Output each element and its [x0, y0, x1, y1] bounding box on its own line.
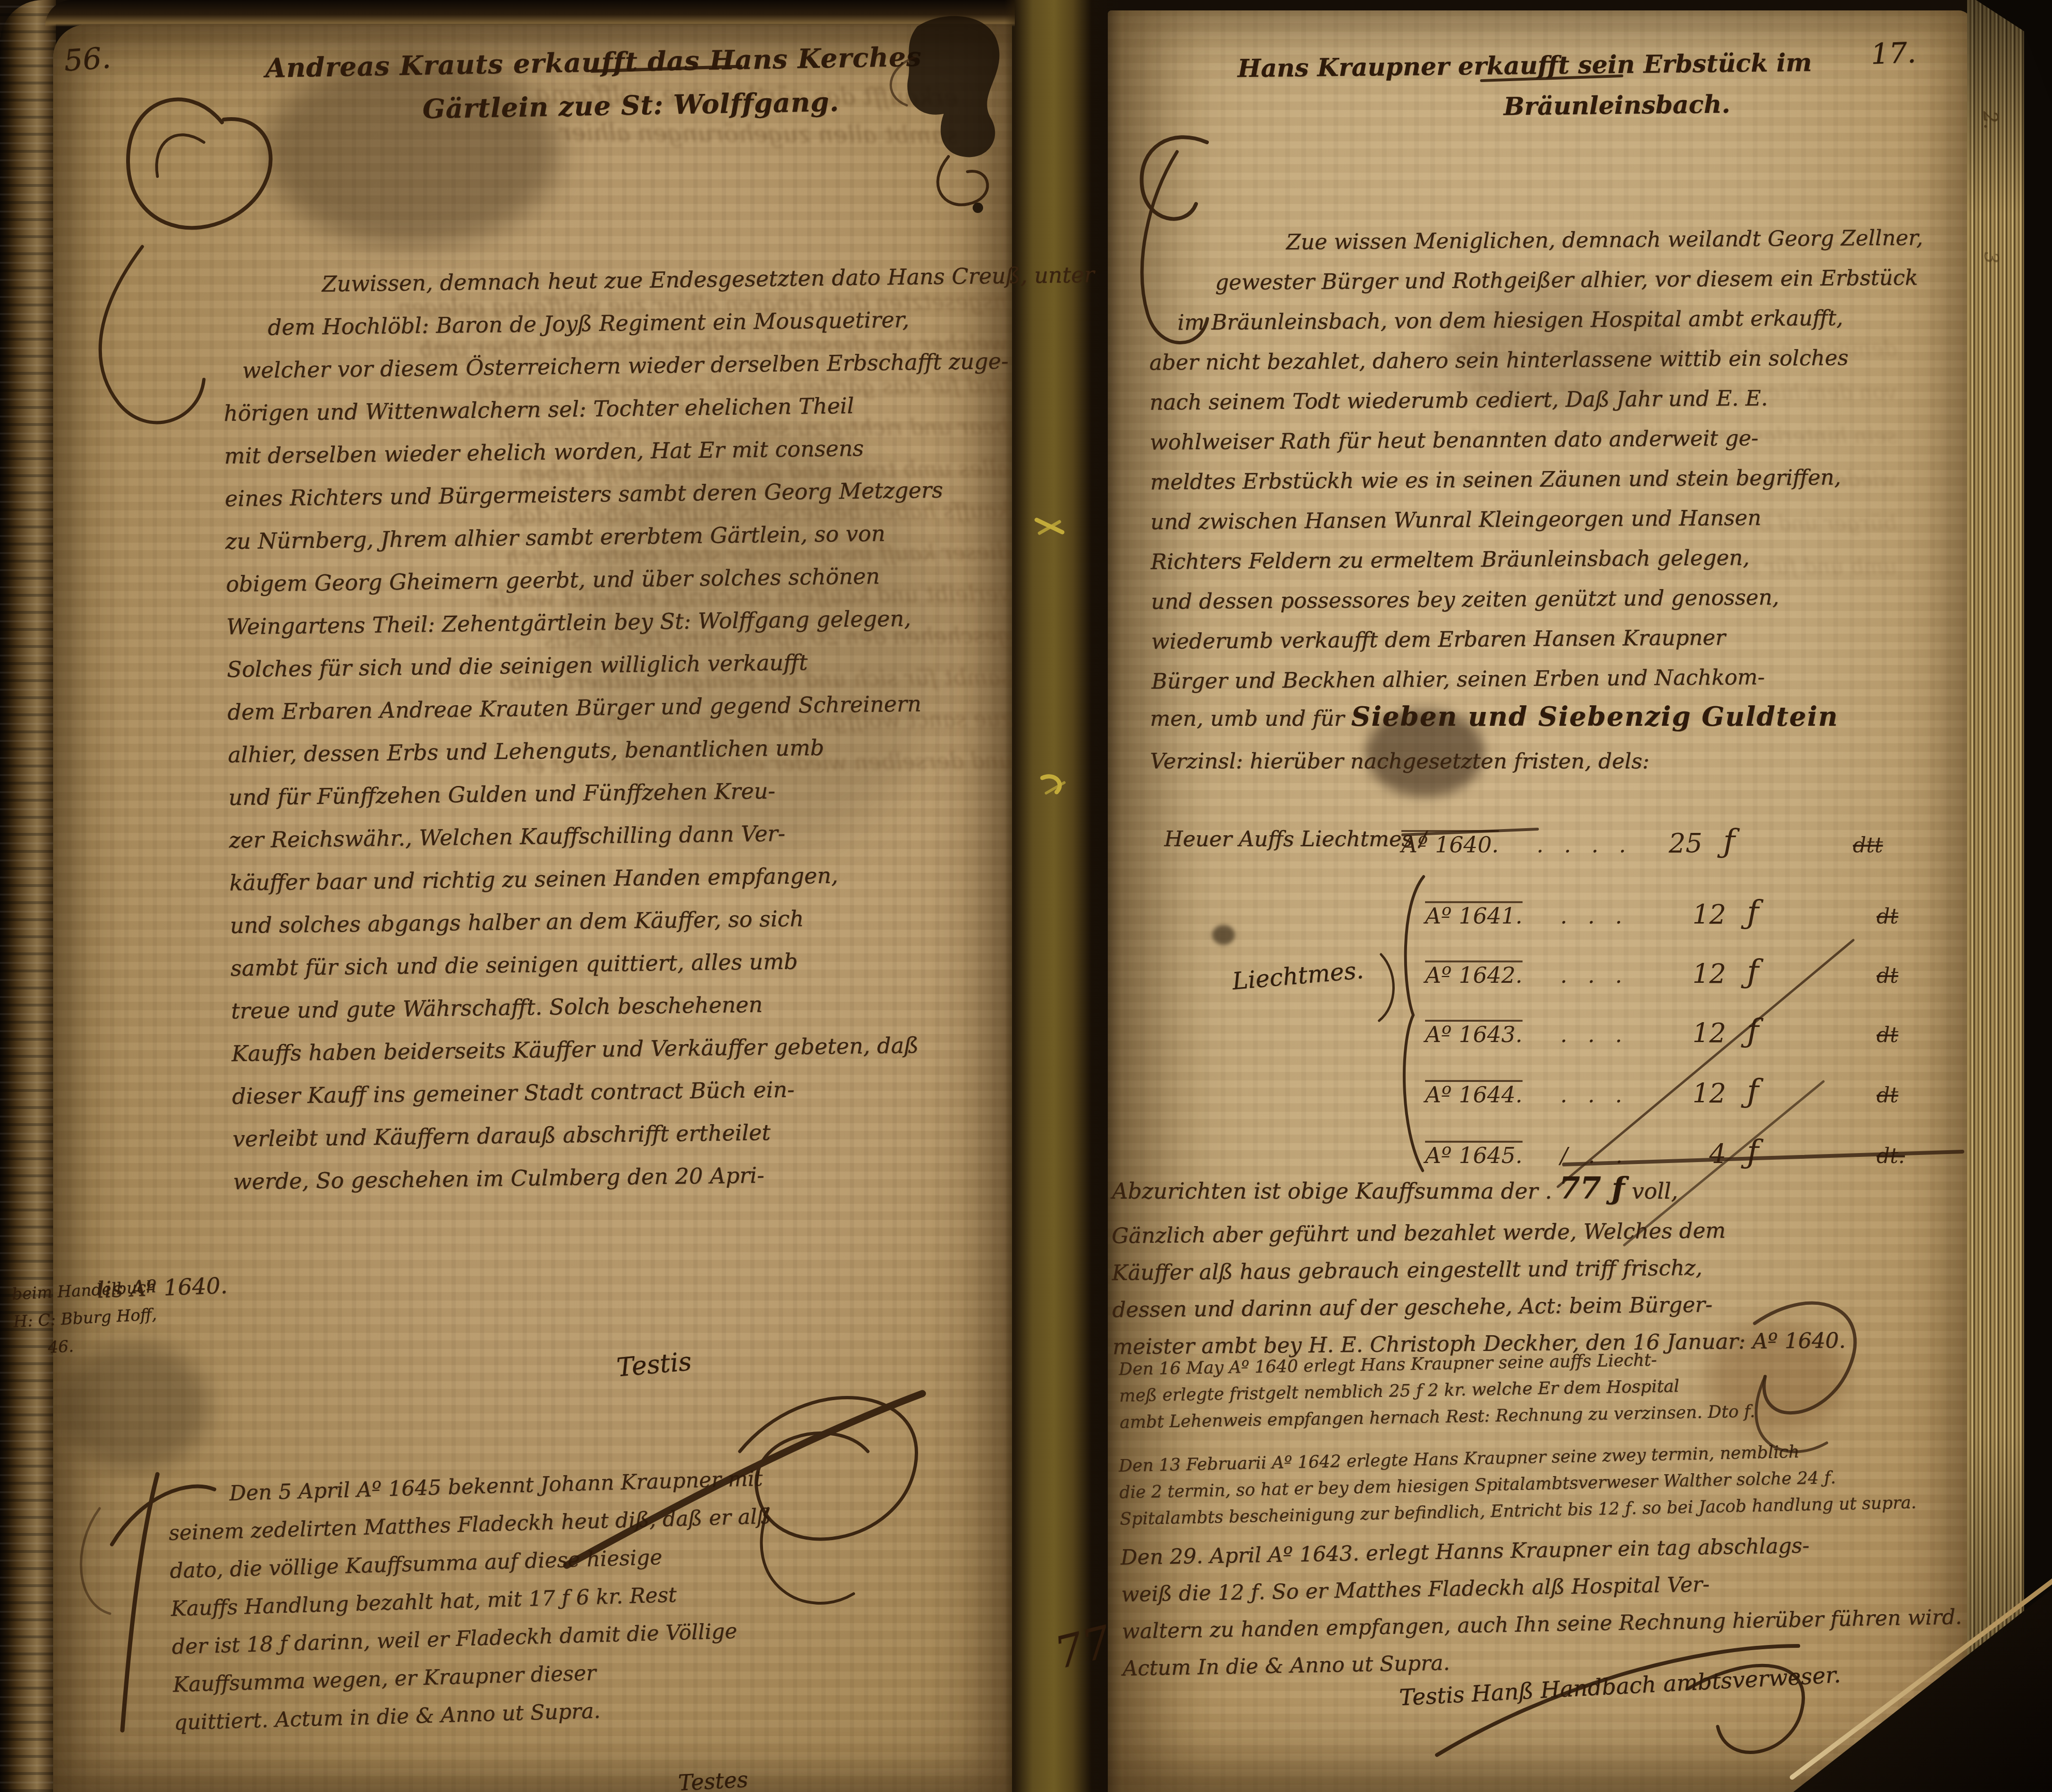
total-amount: 77 ƒ — [1559, 1171, 1625, 1206]
text-line: Richters Feldern zu ermeltem Bräunleinsb… — [1150, 536, 1925, 582]
schedule-yr: Aº 1643. — [1425, 1022, 1560, 1048]
schedule-amt: 12 — [1674, 959, 1726, 989]
schedule-yr: Aº 1645. — [1425, 1143, 1560, 1169]
page-number-right: 17. — [1870, 36, 1917, 71]
text-line: wiederumb verkaufft dem Erbaren Hansen K… — [1151, 616, 1926, 661]
book-spread: erkaufft das gärtlein zue wolffgang samb… — [0, 0, 2052, 1792]
text-line: und dessen possessores bey zeiten genütz… — [1151, 576, 1926, 621]
binding-page-edges-left — [0, 0, 56, 1792]
text-line: dessen und darinn auf der geschehe, Act:… — [1112, 1285, 1845, 1328]
text-line: 46. — [47, 1328, 160, 1361]
schedule-dots: . . . — [1560, 903, 1674, 929]
text-line: und zwischen Hansen Wunral Kleingeorgen … — [1150, 497, 1925, 542]
schedule-dots: . . . — [1560, 962, 1674, 988]
schedule-row-1642: Aº 1642.. . .12ƒdt — [1425, 953, 1898, 991]
right-total-line: Abzurichten ist obige Kauffsumma der . 7… — [1112, 1171, 1678, 1206]
schedule-yr: Aº 1641. — [1425, 903, 1560, 929]
schedule-unit: ƒ — [1702, 823, 1756, 860]
schedule-mark: dt — [1877, 1083, 1898, 1108]
text-line: gewester Bürger und Rothgeißer alhier, v… — [1215, 258, 1923, 302]
schedule-amt: 4 — [1674, 1139, 1726, 1170]
schedule-amt: 25 — [1650, 828, 1702, 859]
fore-edge-mark: 3 — [1980, 251, 2003, 265]
left-heading: Andreas Krauts erkaufft das Hans Kerches… — [265, 35, 922, 134]
total-line-text: Abzurichten ist obige Kauffsumma der . — [1112, 1178, 1552, 1204]
right-after-schedule-paragraph: Gänzlich aber geführt und bezahlet werde… — [1112, 1211, 1846, 1365]
schedule-unit: ƒ — [1726, 953, 1779, 991]
right-sum-sentence: men, umb und für Sieben und Siebenzig Gu… — [1150, 701, 1839, 732]
schedule-unit: ƒ — [1726, 1073, 1779, 1110]
schedule-amt: 12 — [1674, 1018, 1726, 1049]
sum-sentence-prefix: men, umb und für — [1150, 706, 1351, 731]
background-right — [2024, 0, 2052, 1792]
text-line: Gänzlich aber geführt und bezahlet werde… — [1112, 1211, 1845, 1254]
text-line: nach seinem Todt wiederumb cediert, Daß … — [1150, 377, 1924, 422]
left-testes-cutoff: Testes — [678, 1766, 749, 1792]
fore-edge-mark: 2. — [1979, 110, 2002, 129]
right-sum-sentence-tail: Verzinsl: hierüber nachgesetzten fristen… — [1150, 748, 1649, 774]
schedule-row-1645: Aº 1645./ . .4ƒdt. — [1425, 1134, 1905, 1171]
text-line: wohlweiser Rath für heut benannten dato … — [1150, 417, 1924, 462]
schedule-row-1643: Aº 1643.. . .12ƒdt — [1425, 1013, 1898, 1050]
schedule-mark: dt — [1877, 964, 1898, 988]
right-heading: Hans Kraupner erkaufft sein Erbstück imB… — [1237, 43, 1813, 130]
right-body-paragraph: Zue wissen Meniglichen, demnach weilandt… — [1149, 218, 1926, 701]
left-body-paragraph: Zuwissen, demnach heut zue Endesgesetzte… — [222, 253, 1105, 1203]
text-line: im Bräunleinsbach, von dem hiesigen Hosp… — [1178, 297, 1924, 342]
schedule-mark: dt. — [1877, 1144, 1905, 1168]
schedule-yr: Aº 1642. — [1425, 962, 1560, 988]
schedule-yr: Aº 1644. — [1425, 1082, 1560, 1108]
schedule-dots: . . . . — [1537, 832, 1650, 858]
text-line: Hans Kraupner erkaufft sein Erbstück im — [1237, 43, 1812, 90]
text-line: Zue wissen Meniglichen, demnach weilandt… — [1286, 218, 1923, 262]
sum-sentence-amount-words: Sieben und Siebenzig Guldtein — [1351, 701, 1838, 732]
schedule-row-1640: Aº 1640.. . . .25ƒdtt — [1401, 823, 1883, 860]
schedule-unit: ƒ — [1726, 1013, 1779, 1050]
text-line: meldtes Erbstückh wie es in seinen Zäune… — [1150, 457, 1925, 502]
schedule-amt: 12 — [1674, 1078, 1726, 1109]
schedule-mark: dt — [1877, 1023, 1898, 1047]
page-number-left: 56. — [63, 40, 112, 78]
left-bottom-entry: Den 5 April Aº 1645 bekennt Johann Kraup… — [167, 1459, 776, 1742]
text-line: Gärtlein zue St: Wolffgang. — [422, 79, 923, 131]
schedule-unit: ƒ — [1726, 1134, 1779, 1171]
text-line: Bräunleinsbach. — [1503, 83, 1813, 128]
right-entry-1642: Den 13 Februarii Aº 1642 erlegte Hans Kr… — [1118, 1436, 1916, 1533]
schedule-mark: dt — [1877, 905, 1898, 929]
schedule-unit: ƒ — [1726, 894, 1779, 932]
fore-edge-right — [1967, 0, 2027, 1792]
text-line: Bürger und Beckhen alhier, seinen Erben … — [1151, 656, 1926, 701]
right-entry-1640: Den 16 May Aº 1640 erlegt Hans Kraupner … — [1119, 1345, 1756, 1436]
cover-edge-top — [45, 0, 1015, 27]
schedule-dots: . . . — [1560, 1022, 1674, 1048]
schedule-dots: / . . — [1560, 1143, 1674, 1169]
schedule-amt: 12 — [1674, 899, 1726, 930]
schedule-row-1644: Aº 1644.. . .12ƒdt — [1425, 1073, 1898, 1110]
schedule-row-1641: Aº 1641.. . .12ƒdt — [1425, 894, 1898, 932]
total-line-tail: voll, — [1632, 1178, 1678, 1204]
schedule-yr: Aº 1640. — [1401, 832, 1537, 858]
text-line: Käuffer alß haus gebrauch eingestellt un… — [1112, 1248, 1845, 1291]
schedule-mark: dtt — [1853, 833, 1883, 858]
schedule-dots: . . . — [1560, 1082, 1674, 1108]
left-margin-note: beim HandelbuchH: C: Bburg Hoff,46. — [11, 1273, 160, 1363]
schedule-intro: Heuer Auffs Liechtmes / — [1164, 826, 1426, 851]
text-line: aber nicht bezahlet, dahero sein hinterl… — [1149, 337, 1924, 382]
